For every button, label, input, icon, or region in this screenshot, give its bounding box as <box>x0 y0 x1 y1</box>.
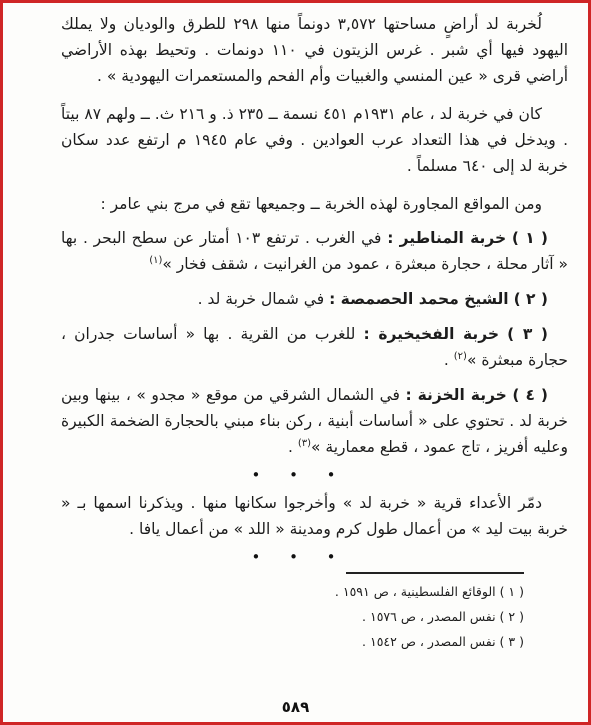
item-1-title: خربة المناطير : <box>387 229 506 247</box>
section-separator-dots-2: • • • <box>61 548 538 566</box>
footnote-1: ( ١ ) الوقائع الفلسطينية ، ص ١٥٩١ . <box>61 581 524 602</box>
item-3-number: ( ٣ ) <box>507 325 548 343</box>
item-2-number: ( ٢ ) <box>514 290 548 308</box>
item-4-number: ( ٤ ) <box>512 386 548 404</box>
page-number: ٥٨٩ <box>3 698 588 716</box>
item-4-tail: . <box>288 438 298 456</box>
book-page: لُخربة لد أراضٍ مساحتها ٣,٥٧٢ دونماً منه… <box>0 0 591 725</box>
list-item-1: ( ١ ) خربة المناطير : في الغرب . ترتفع ١… <box>61 225 568 277</box>
item-3-tail: . <box>444 351 454 369</box>
item-2-text: في شمال خربة لد . <box>198 290 325 308</box>
item-4-title: خربة الخزنة : <box>405 386 506 404</box>
footnote-3: ( ٣ ) نفس المصدر ، ص ١٥٤٢ . <box>61 631 524 652</box>
footnotes-block: ( ١ ) الوقائع الفلسطينية ، ص ١٥٩١ . ( ٢ … <box>61 572 524 652</box>
footnote-divider-rule <box>346 572 524 574</box>
paragraph-destroyed: دمّر الأعداء قرية « خربة لد » وأخرجوا سك… <box>61 490 568 542</box>
list-item-2: ( ٢ ) الشيخ محمد الحصمصة : في شمال خربة … <box>61 286 568 312</box>
paragraph-census: كان في خربة لد ، عام ١٩٣١م ٤٥١ نسمة ــ ٢… <box>61 101 568 179</box>
item-1-footnote-ref: (١) <box>149 255 162 266</box>
section-separator-dots-1: • • • <box>61 466 538 484</box>
item-3-footnote-ref: (٢) <box>454 351 467 362</box>
paragraph-land-area: لُخربة لد أراضٍ مساحتها ٣,٥٧٢ دونماً منه… <box>61 11 568 89</box>
paragraph-nearby-intro: ومن المواقع المجاورة لهذه الخربة ــ وجمي… <box>61 191 568 217</box>
page-content: لُخربة لد أراضٍ مساحتها ٣,٥٧٢ دونماً منه… <box>3 3 588 652</box>
list-item-3: ( ٣ ) خربة الفخيخيرة : للغرب من القرية .… <box>61 321 568 373</box>
list-item-4: ( ٤ ) خربة الخزنة : في الشمال الشرقي من … <box>61 382 568 460</box>
item-3-title: خربة الفخيخيرة : <box>364 325 500 343</box>
item-1-number: ( ١ ) <box>512 229 548 247</box>
item-4-footnote-ref: (٣) <box>298 438 311 449</box>
item-2-title: الشيخ محمد الحصمصة : <box>329 290 509 308</box>
footnote-2: ( ٢ ) نفس المصدر ، ص ١٥٧٦ . <box>61 606 524 627</box>
